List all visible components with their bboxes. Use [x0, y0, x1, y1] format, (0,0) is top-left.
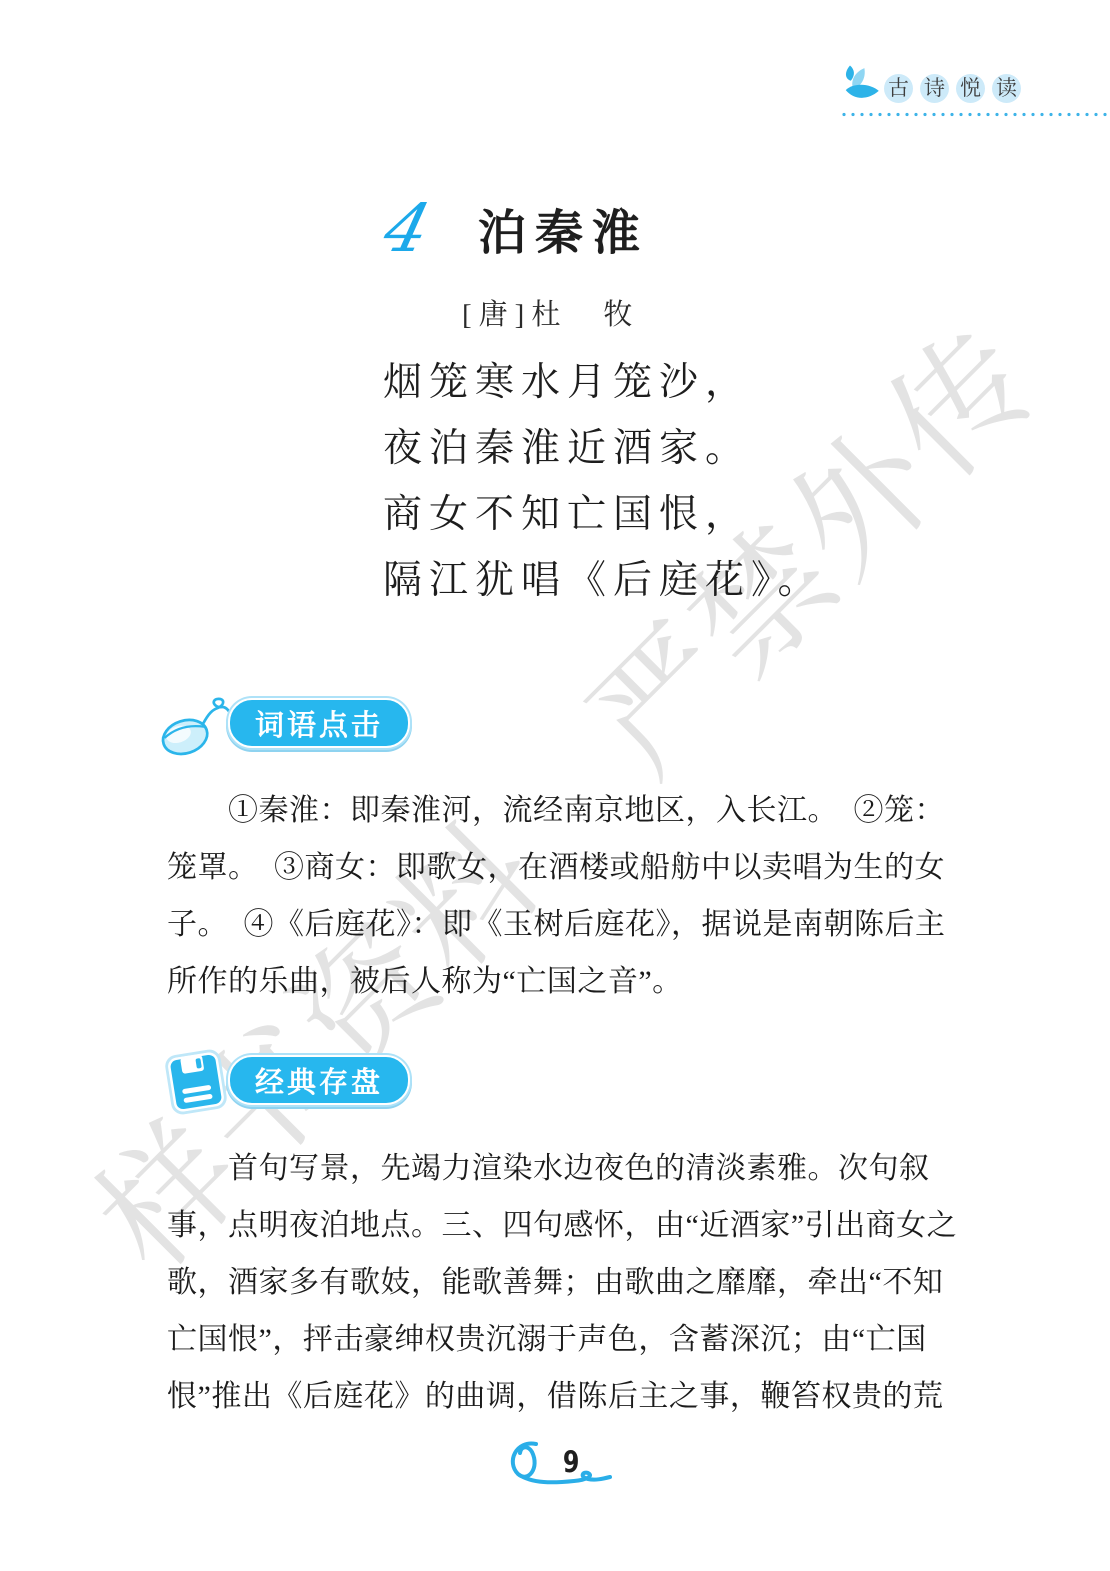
page-title: 泊秦淮	[478, 206, 649, 262]
commentary-text: 首句写景，先竭力渲染水边夜色的清淡素雅。次句叙 事，点明夜泊地点。三、四句感怀，…	[167, 1140, 947, 1425]
mouse-icon	[158, 693, 234, 761]
poem-line: 隔江犹唱《后庭花》。	[383, 548, 824, 614]
commentary-line: 亡国恨”，抨击豪绅权贵沉溺于声色，含蓄深沉；由“亡国	[167, 1311, 947, 1368]
brand-char: 古	[884, 74, 913, 103]
commentary-line: 首句写景，先竭力渲染水边夜色的清淡素雅。次句叙	[167, 1140, 947, 1197]
section-badge-label: 经典存盘	[255, 1060, 383, 1101]
poem-line: 烟笼寒水月笼沙，	[383, 350, 824, 416]
brand-title: 古 诗 悦 读	[884, 74, 1021, 103]
poem-author: [唐]杜 牧	[462, 292, 639, 333]
note-line: 子。 ④《后庭花》：即《玉树后庭花》，据说是南朝陈后主	[167, 896, 947, 953]
dotted-rule	[842, 112, 1110, 117]
section-badge-vocabulary: 词语点击	[228, 698, 410, 748]
vocabulary-notes: ①秦淮：即秦淮河，流经南京地区，入长江。 ②笼： 笼罩。 ③商女：即歌女，在酒楼…	[167, 782, 947, 1010]
leaf-logo-icon	[839, 64, 883, 106]
lesson-number: 4	[378, 196, 436, 262]
textbook-page: 样书资料 严禁外传 古 诗 悦 读 4 泊秦淮 [唐]杜 牧 烟笼寒水月笼沙， …	[0, 0, 1110, 1571]
section-badge-commentary: 经典存盘	[228, 1055, 410, 1105]
commentary-line: 恨”推出《后庭花》的曲调，借陈后主之事，鞭笞权贵的荒	[167, 1368, 947, 1425]
note-line: 笼罩。 ③商女：即歌女，在酒楼或船舫中以卖唱为生的女	[167, 839, 947, 896]
flourish-icon	[496, 1438, 614, 1492]
note-line: 所作的乐曲，被后人称为“亡国之音”。	[167, 953, 947, 1010]
page-number: 9	[563, 1445, 580, 1479]
poem-line: 商女不知亡国恨，	[383, 482, 824, 548]
brand-char: 诗	[920, 74, 949, 103]
section-badge-label: 词语点击	[255, 703, 383, 744]
commentary-line: 事，点明夜泊地点。三、四句感怀，由“近酒家”引出商女之	[167, 1197, 947, 1254]
floppy-icon	[160, 1046, 232, 1118]
brand-char: 读	[992, 74, 1021, 103]
poem-line: 夜泊秦淮近酒家。	[383, 416, 824, 482]
brand-char: 悦	[956, 74, 985, 103]
poem-body: 烟笼寒水月笼沙， 夜泊秦淮近酒家。 商女不知亡国恨， 隔江犹唱《后庭花》。	[383, 350, 824, 614]
note-line: ①秦淮：即秦淮河，流经南京地区，入长江。 ②笼：	[167, 782, 947, 839]
commentary-line: 歌，酒家多有歌妓，能歌善舞；由歌曲之靡靡，牵出“不知	[167, 1254, 947, 1311]
